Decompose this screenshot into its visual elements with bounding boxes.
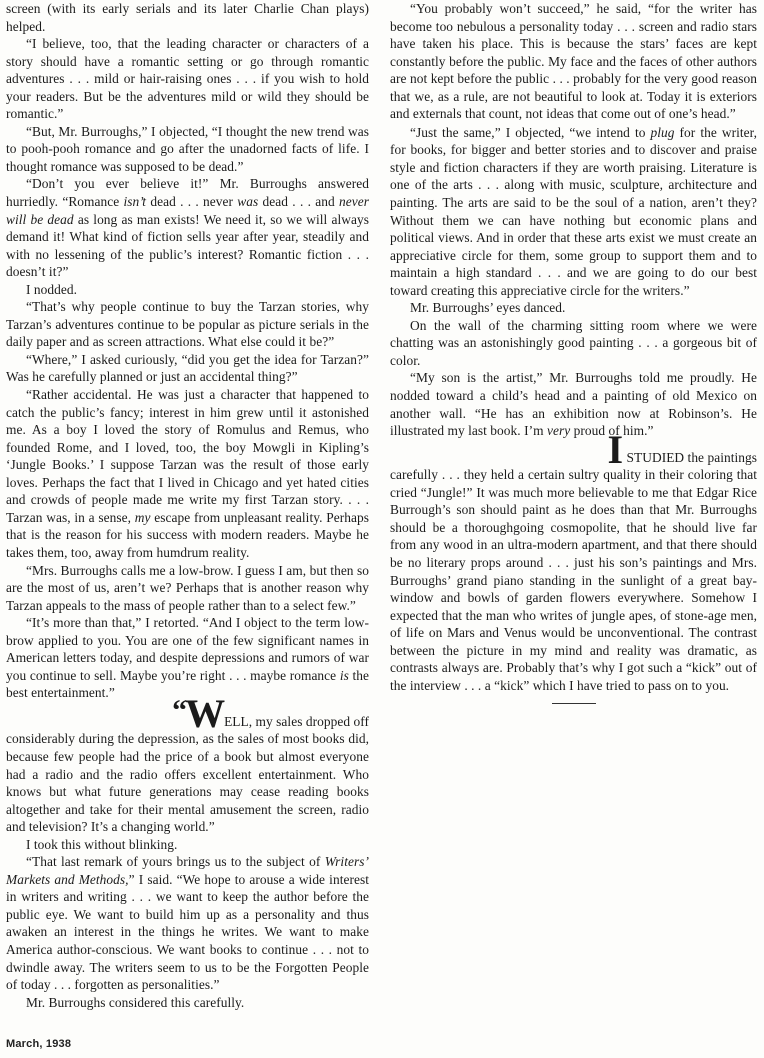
drop-cap-letter: I <box>608 427 624 472</box>
paragraph: “Don’t you ever believe it!” Mr. Burroug… <box>6 175 369 280</box>
paragraph: considerably during the depression, as t… <box>6 730 369 835</box>
paragraph: “Mrs. Burroughs calls me a low-brow. I g… <box>6 562 369 615</box>
paragraph: “It’s more than that,” I retorted. “And … <box>6 614 369 702</box>
paragraph: Mr. Burroughs’ eyes danced. <box>390 299 757 317</box>
emphasis: my <box>135 510 151 525</box>
paragraph: I nodded. <box>6 281 369 299</box>
paragraph: screen (with its early serials and its l… <box>6 0 369 35</box>
text: ” I said. “We hope to arouse a wide inte… <box>6 872 369 992</box>
paragraph: carefully . . . they held a certain sult… <box>390 466 757 694</box>
end-rule-divider <box>552 703 596 704</box>
text: dead . . . and <box>258 194 339 209</box>
emphasis: plug <box>651 125 675 140</box>
paragraph: “Just the same,” I objected, “we intend … <box>390 124 757 299</box>
drop-cap-letter: W <box>185 691 224 736</box>
text: “Just the same,” I objected, “we intend … <box>410 125 651 140</box>
paragraph: I took this without blinking. <box>6 836 369 854</box>
issue-date-footer: March, 1938 <box>6 1038 71 1050</box>
paragraph: Mr. Burroughs considered this carefully. <box>6 994 369 1012</box>
text: “It’s more than that,” I retorted. “And … <box>6 615 369 683</box>
paragraph: “My son is the artist,” Mr. Burroughs to… <box>390 369 757 439</box>
text: dead . . . never <box>146 194 237 209</box>
text: for the writer, for books, for bigger an… <box>390 125 757 298</box>
emphasis: is <box>340 668 349 683</box>
drop-cap-line: I STUDIED the paintings <box>390 440 757 467</box>
paragraph: “That’s why people continue to buy the T… <box>6 298 369 351</box>
paragraph: “But, Mr. Burroughs,” I objected, “I tho… <box>6 123 369 176</box>
text: “That last remark of yours brings us to … <box>26 854 325 869</box>
left-column: screen (with its early serials and its l… <box>6 0 369 1011</box>
drop-cap-quote: “ <box>172 694 185 727</box>
paragraph: “I believe, too, that the leading charac… <box>6 35 369 123</box>
text: ELL, my sales dropped off <box>224 714 369 729</box>
paragraph: “That last remark of yours brings us to … <box>6 853 369 993</box>
paragraph: On the wall of the charming sitting room… <box>390 317 757 370</box>
emphasis: was <box>237 194 258 209</box>
emphasis: very <box>547 423 570 438</box>
text: “Rather accidental. He was just a charac… <box>6 387 369 525</box>
drop-cap-line: “WELL, my sales dropped off <box>6 702 369 731</box>
emphasis: isn’t <box>124 194 147 209</box>
text: STUDIED the paintings <box>623 450 757 465</box>
paragraph: “Rather accidental. He was just a charac… <box>6 386 369 561</box>
paragraph: “You probably won’t succeed,” he said, “… <box>390 0 757 123</box>
right-column: “You probably won’t succeed,” he said, “… <box>390 0 757 704</box>
magazine-page: screen (with its early serials and its l… <box>0 0 764 1058</box>
paragraph: “Where,” I asked curiously, “did you get… <box>6 351 369 386</box>
